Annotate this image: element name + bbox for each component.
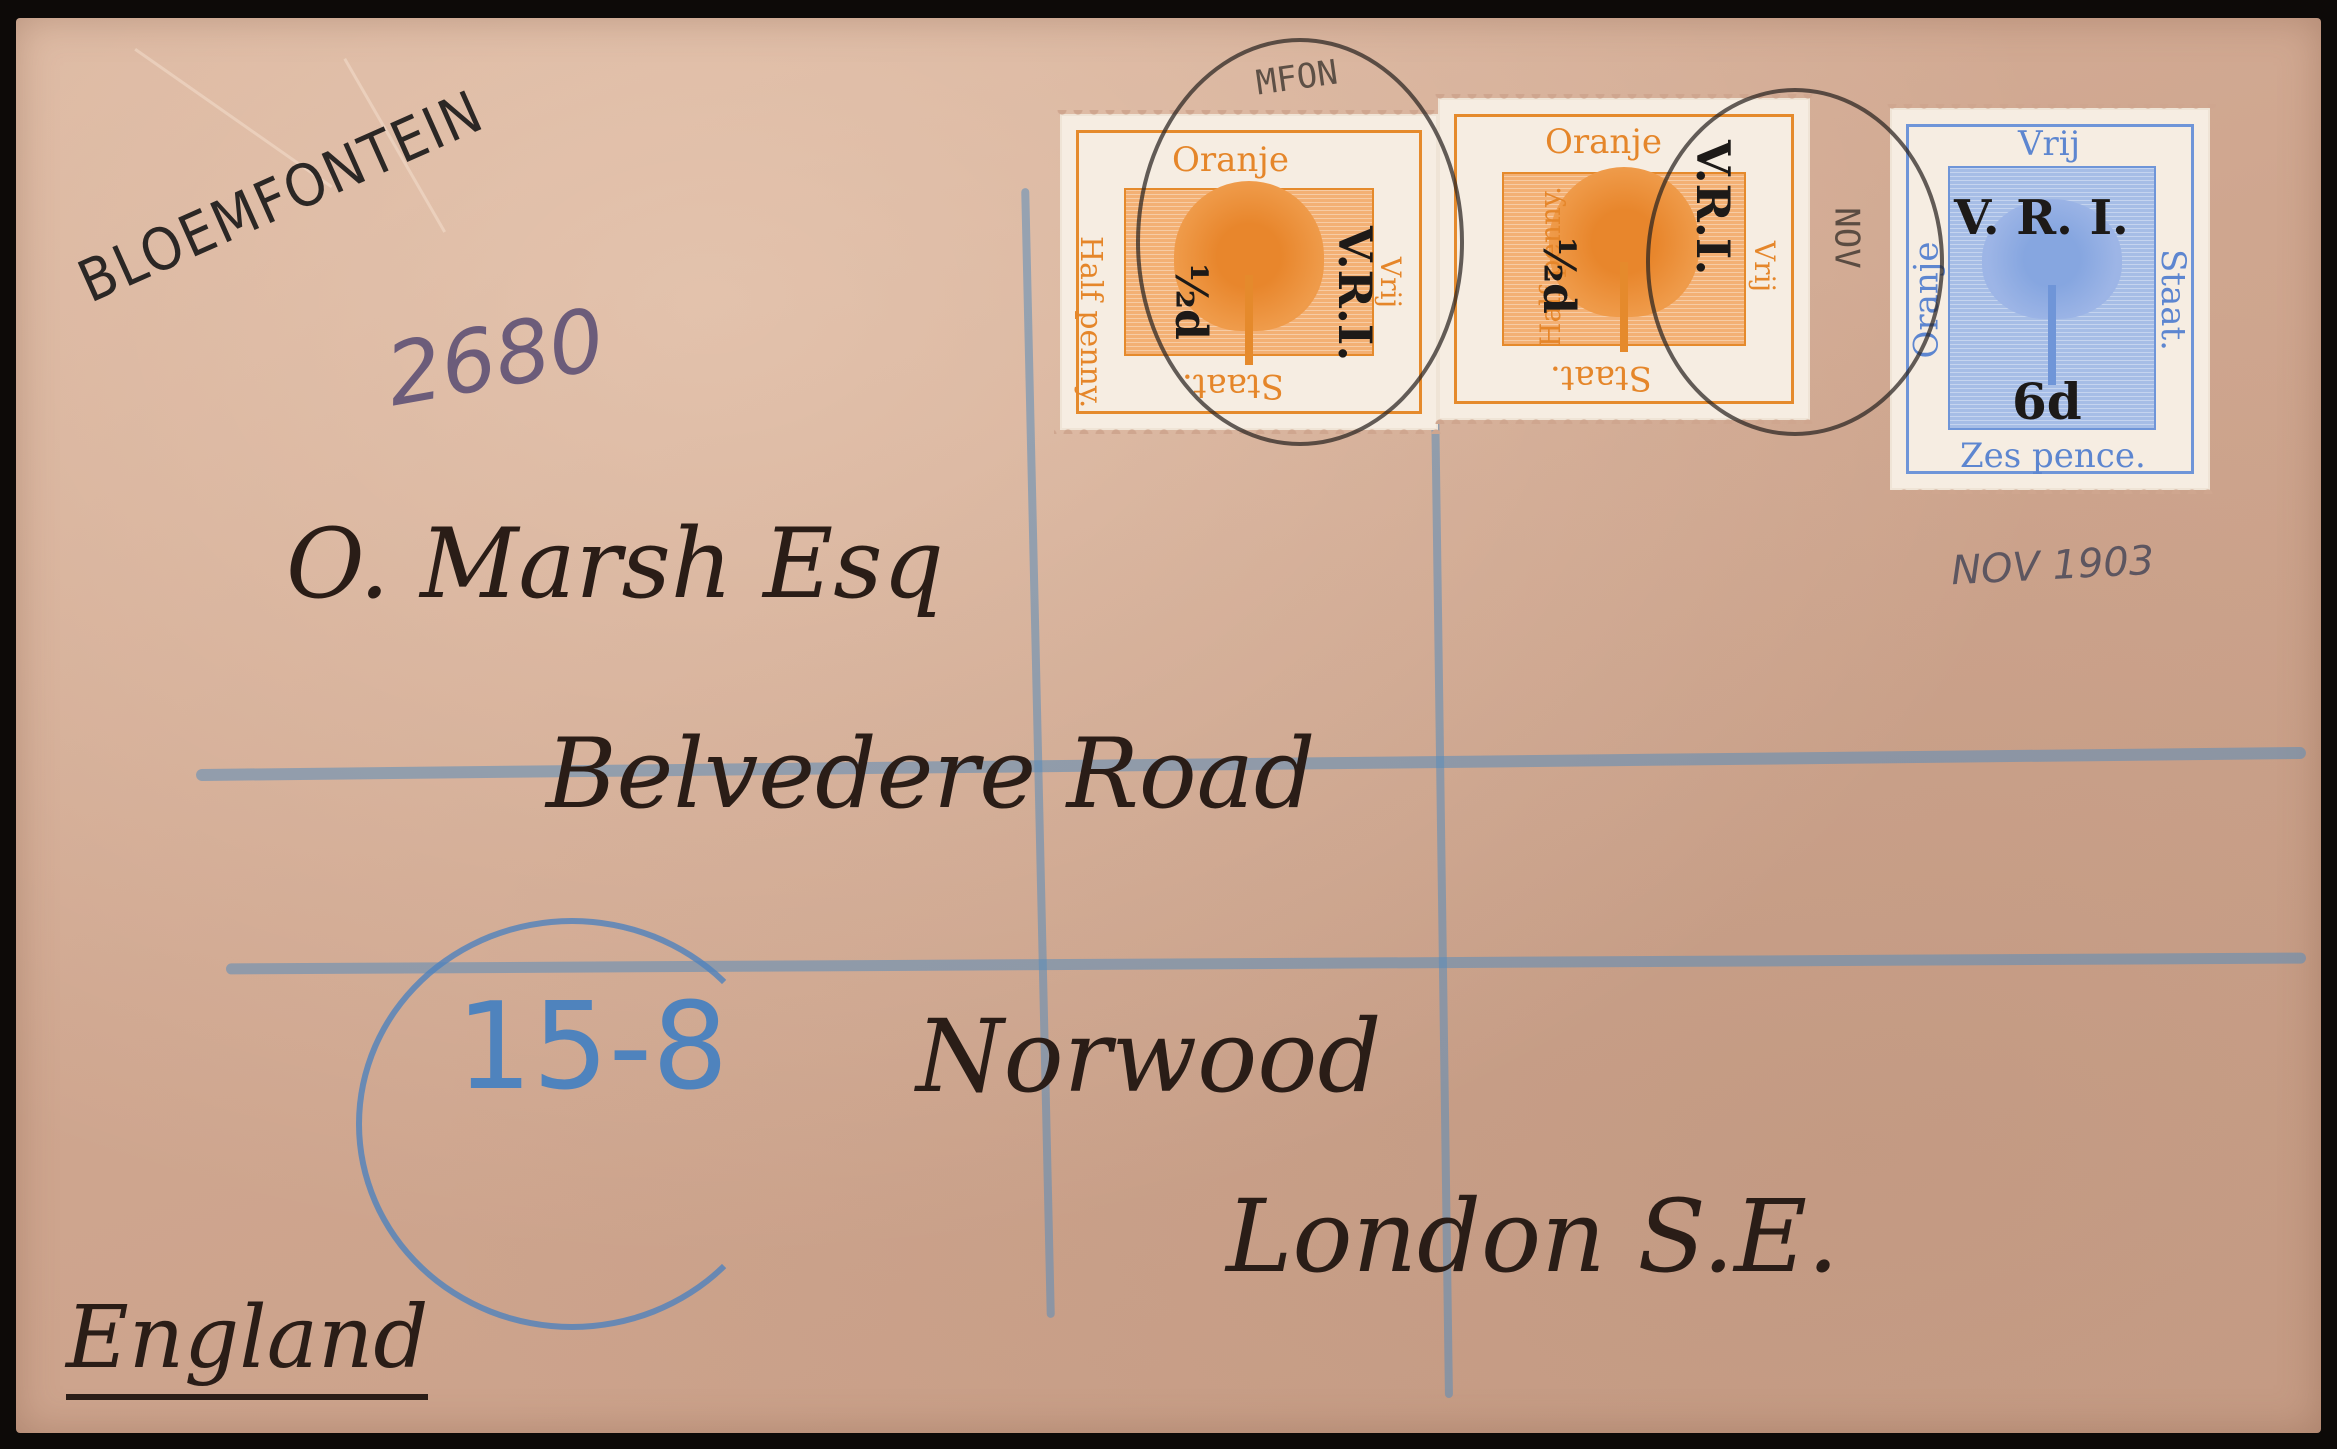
address-line-3: Norwood (916, 998, 1382, 1115)
address-line-2: Belvedere Road (546, 718, 1315, 830)
stamp-top-text: Oranje (1545, 122, 1662, 162)
stamp-side-text: Staat. (2153, 249, 2193, 351)
stamp-bottom-text: Staat. (1550, 358, 1652, 398)
address-line-4: London S.E. (1226, 1178, 1839, 1295)
postmark-circle (1646, 88, 1944, 436)
registration-handstamp: BLOEMFONTEIN (68, 77, 493, 316)
stamp-overprint: V. R. I. (1954, 190, 2129, 246)
registration-number: 2680 (379, 290, 612, 426)
postmark-date-text: NOV (1827, 207, 1867, 268)
postmark-circle (1136, 38, 1464, 446)
stamp-top-text: Vrij (2018, 124, 2080, 164)
stamp-surcharge: ½d (1533, 237, 1584, 314)
address-country: England (66, 1288, 428, 1400)
stamp-bottom-text: Zes pence. (1960, 436, 2146, 476)
address-line-1: O. Marsh Esq (286, 508, 944, 620)
envelope: BLOEMFONTEIN 2680 Oranje Half penny. Vri… (16, 18, 2321, 1433)
stamp-surcharge: 6d (2012, 372, 2082, 431)
stamp-side-text: Half penny. (1073, 236, 1108, 408)
pencil-date-note: NOV 1903 (1950, 538, 2155, 595)
blue-crayon-fee: 15-8 (456, 978, 728, 1117)
